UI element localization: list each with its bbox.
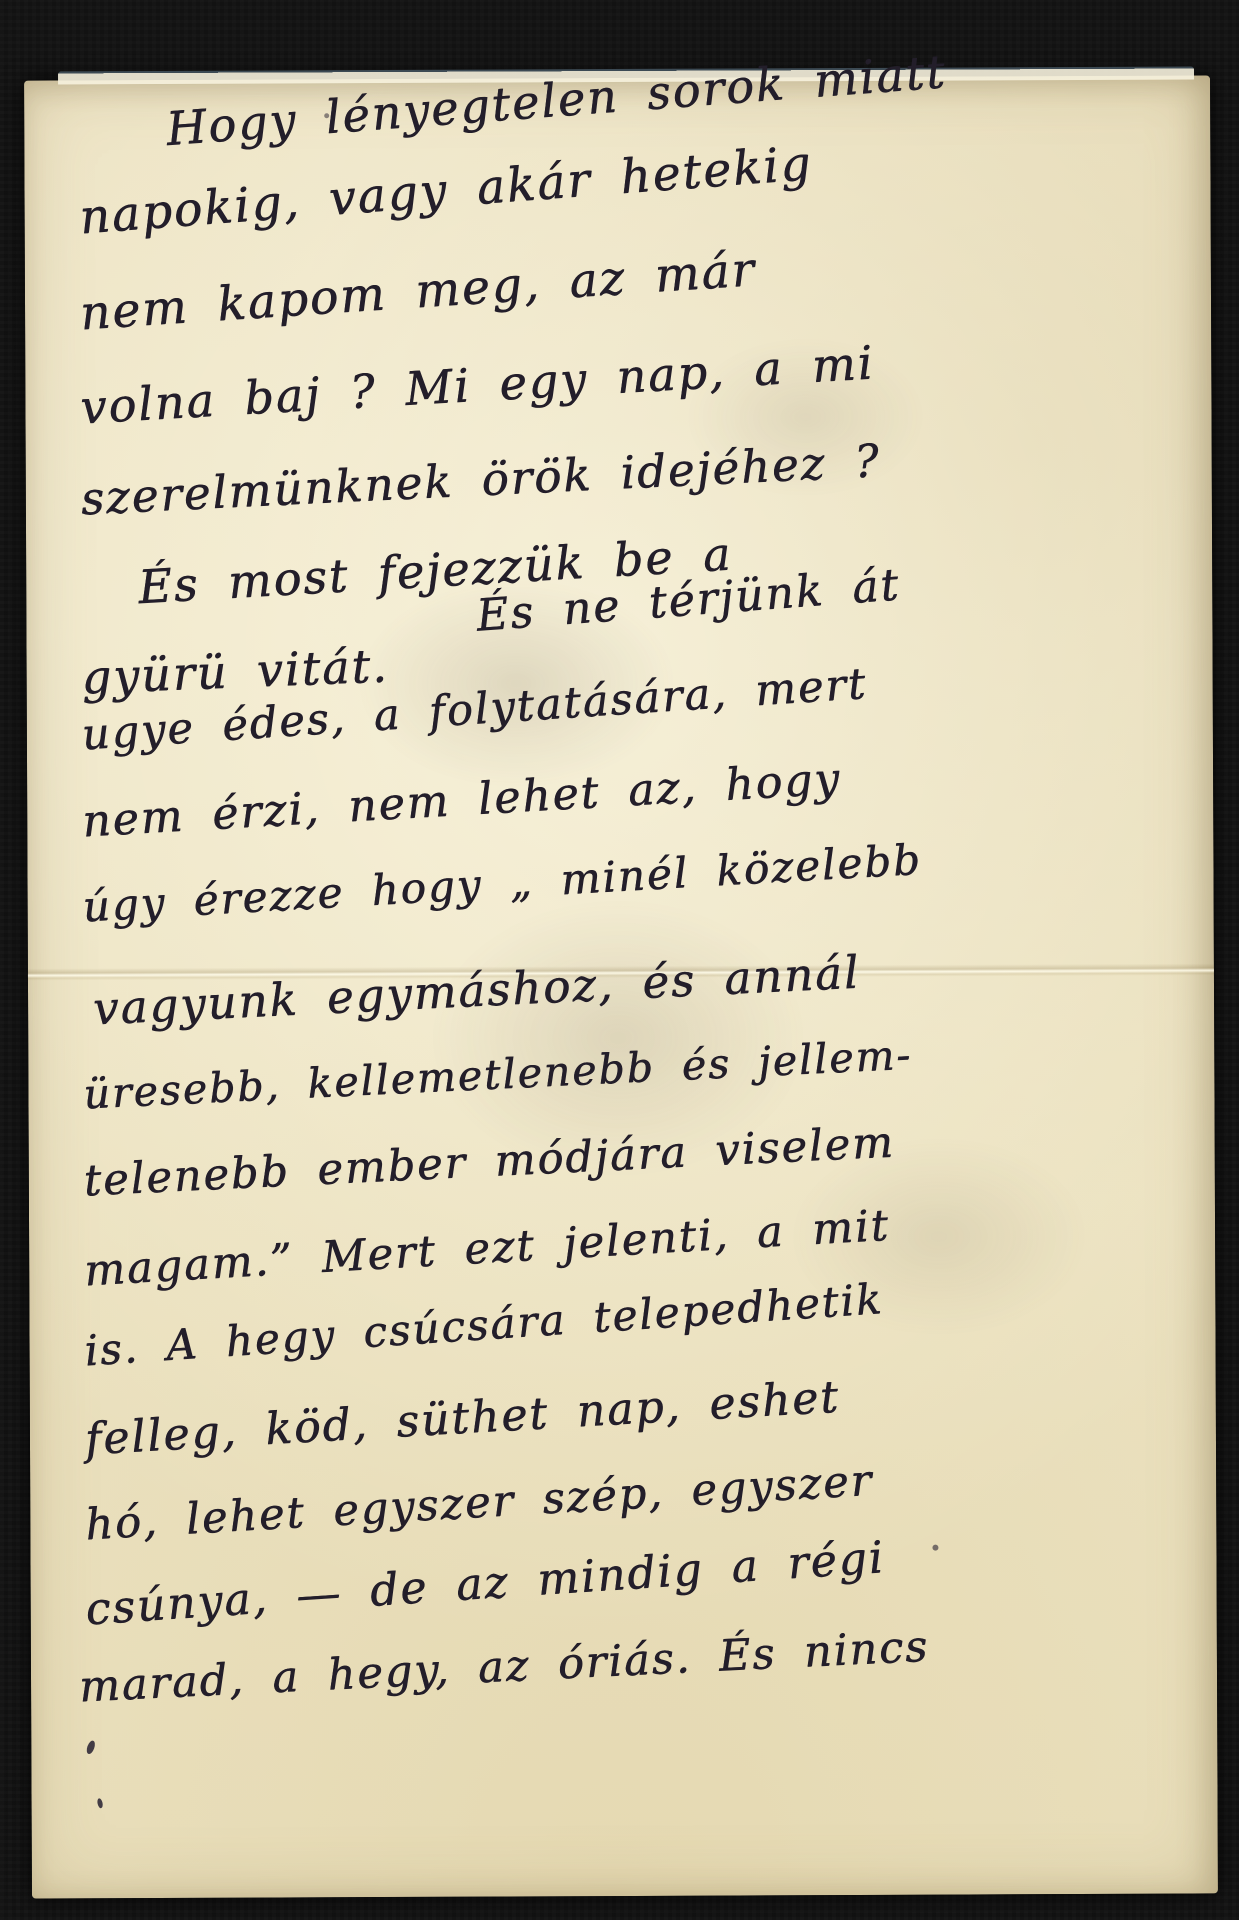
letter-page: Hogy lényegtelen sorok miatt napokig, va…: [24, 75, 1218, 1898]
handwriting-line: felleg, köd, süthet nap, eshet: [84, 1372, 842, 1466]
handwriting-line: hó, lehet egyszer szép, egyszer: [84, 1456, 874, 1551]
ink-speck: [97, 1798, 104, 1809]
handwriting-line: vagyunk egymáshoz, és annál: [92, 945, 862, 1035]
scan-background: Hogy lényegtelen sorok miatt napokig, va…: [0, 0, 1239, 1920]
handwriting-line: telenebb ember módjára viselem: [83, 1117, 896, 1206]
handwriting-line: üresebb, kellemetlenebb és jellem-: [82, 1031, 913, 1119]
handwriting-line: Hogy lényegtelen sorok miatt: [164, 44, 948, 156]
ink-speck: [324, 113, 329, 118]
handwriting-line: nem érzi, nem lehet az, hogy: [81, 753, 843, 847]
handwriting-line: úgy érezze hogy „ minél közelebb: [81, 835, 923, 932]
handwriting-line: csúnya, — de az mindig a régi: [84, 1532, 886, 1635]
handwriting-line: volna baj ? Mi egy nap, a mi: [79, 335, 876, 434]
handwriting-line: marad, a hegy, az óriás. És nincs: [78, 1622, 930, 1713]
handwriting-line: nem kapom meg, az már: [78, 242, 757, 341]
handwriting-line: szerelmünknek örök idejéhez ?: [80, 434, 882, 525]
ink-speck: [85, 1740, 96, 1756]
ink-speck: [932, 1545, 938, 1551]
